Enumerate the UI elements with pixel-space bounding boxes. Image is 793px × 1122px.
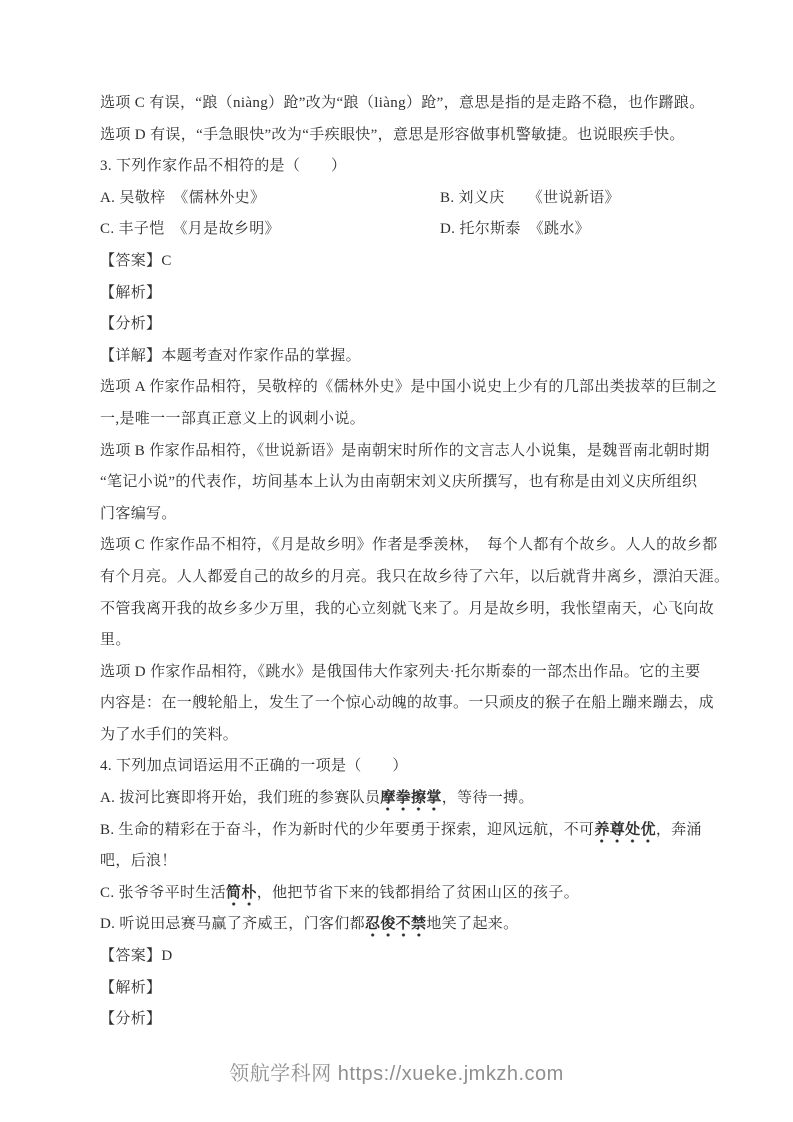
explanation-line: 有个月亮。人人都爱自己的故乡的月亮。我只在故乡待了六年，以后就背井离乡，漂泊天涯…	[100, 562, 718, 594]
footer-text: 领航学科网 https://xueke.jmkzh.com	[229, 1063, 564, 1085]
question-3-options-row-1: A. 吴敬梓 《儒林外史》B. 刘义庆 《世说新语》	[100, 183, 718, 215]
section-label: 【分析】	[100, 309, 718, 341]
explanation-line: 选项 D 作家作品相符，《跳水》是俄国伟大作家列夫·托尔斯泰的一部杰出作品。它的…	[100, 657, 718, 689]
explanation-line: 不管我离开我的故乡多少万里，我的心立刻就飞来了。月是故乡明，我怅望南天，心飞向故	[100, 594, 718, 626]
explanation-line: “笔记小说”的代表作，坊间基本上认为由南朝宋刘义庆所撰写，也有称是由刘义庆所组织	[100, 467, 718, 499]
section-label: 【解析】	[100, 278, 718, 310]
question-4-title: 4. 下列加点词语运用不正确的一项是（ ）	[100, 751, 718, 783]
section-label: 【解析】	[100, 973, 718, 1005]
emphasized-word: 忍俊不禁	[365, 916, 426, 937]
option-left: C. 丰子恺 《月是故乡明》	[100, 221, 280, 237]
question-4-option-c: C. 张爷爷平时生活简朴，他把节省下来的钱都捐给了贫困山区的孩子。	[100, 878, 718, 910]
emphasized-word: 养尊处优	[594, 822, 655, 843]
emphasized-word: 简朴	[226, 885, 257, 906]
explanation-line: 里。	[100, 625, 718, 657]
explanation-line: 选项 C 有误，“踉（niàng）跄”改为“踉（liàng）跄”，意思是指的是走…	[100, 88, 718, 120]
explanation-line: 内容是：在一艘轮船上，发生了一个惊心动魄的故事。一只顽皮的猴子在船上蹦来蹦去，成	[100, 688, 718, 720]
exam-document-page: 选项 C 有误，“踉（niàng）跄”改为“踉（liàng）跄”，意思是指的是走…	[0, 0, 793, 1122]
explanation-line: 门客编写。	[100, 499, 718, 531]
document-content: 选项 C 有误，“踉（niàng）跄”改为“踉（liàng）跄”，意思是指的是走…	[100, 88, 718, 1036]
explanation-line: 选项 C 作家作品不相符，《月是故乡明》作者是季羡林， 每个人都有个故乡。人人的…	[100, 530, 718, 562]
explanation-line: 选项 B 作家作品相符，《世说新语》是南朝宋时所作的文言志人小说集，是魏晋南北朝…	[100, 436, 718, 468]
explanation-line: 选项 D 有误，“手急眼快”改为“手疾眼快”，意思是形容做事机警敏捷。也说眼疾手…	[100, 120, 718, 152]
question-4-option-b-cont: 吧，后浪！	[100, 846, 718, 878]
option-left: A. 吴敬梓 《儒林外史》	[100, 190, 265, 206]
question-3-title: 3. 下列作家作品不相符的是（ ）	[100, 151, 718, 183]
explanation-line: 一,是唯一一部真正意义上的讽刺小说。	[100, 404, 718, 436]
question-4-option-a: A. 拔河比赛即将开始，我们班的参赛队员摩拳擦掌，等待一搏。	[100, 783, 718, 815]
detail-label: 【详解】本题考查对作家作品的掌握。	[100, 341, 718, 373]
answer-line: 【答案】C	[100, 246, 718, 278]
option-right: B. 刘义庆 《世说新语》	[440, 183, 620, 215]
section-label: 【分析】	[100, 1004, 718, 1036]
question-4-option-b: B. 生命的精彩在于奋斗，作为新时代的少年要勇于探索，迎风远航，不可养尊处优，奔…	[100, 815, 718, 847]
explanation-line: 选项 A 作家作品相符，吴敬梓的《儒林外史》是中国小说史上少有的几部出类拔萃的巨…	[100, 372, 718, 404]
explanation-line: 为了水手们的笑料。	[100, 720, 718, 752]
footer-watermark: 领航学科网 https://xueke.jmkzh.com	[0, 1057, 793, 1086]
answer-line: 【答案】D	[100, 941, 718, 973]
question-3-options-row-2: C. 丰子恺 《月是故乡明》D. 托尔斯泰 《跳水》	[100, 214, 718, 246]
option-right: D. 托尔斯泰 《跳水》	[440, 214, 590, 246]
emphasized-word: 摩拳擦掌	[380, 790, 441, 811]
question-4-option-d: D. 听说田忌赛马赢了齐威王，门客们都忍俊不禁地笑了起来。	[100, 909, 718, 941]
